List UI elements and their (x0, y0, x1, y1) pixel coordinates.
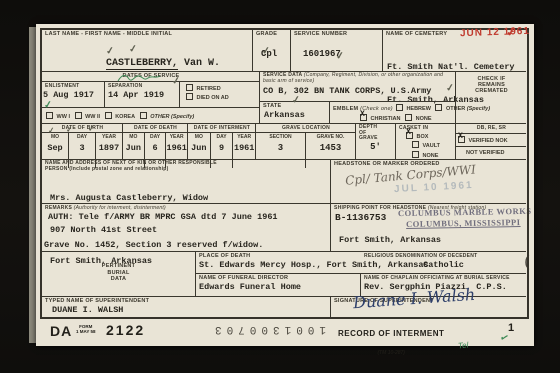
hebrew-label: HEBREW (406, 106, 430, 112)
check-mark: ✓ (171, 75, 181, 87)
shipping-number: B-1136753 (331, 212, 526, 223)
place-of-death-field: PLACE OF DEATH St. Edwards Mercy Hosp., … (196, 252, 361, 274)
grade-value: Cpl (253, 38, 290, 60)
died-on-ad-checkbox (186, 93, 193, 100)
typed-superintendent-value: DUANE I. WALSH (42, 305, 330, 316)
religion-value: Catholic (361, 260, 526, 271)
day-label: DAY (211, 133, 233, 140)
retired-label: RETIRED (197, 86, 221, 92)
name-label: LAST NAME - FIRST NAME - MIDDLE INITIAL (42, 30, 252, 38)
enlistment-label: ENLISTMENT (42, 82, 104, 90)
pertinent-burial-data-label-box: PERTINENT BURIAL DATA (42, 252, 196, 297)
mo-label: MO (123, 133, 144, 140)
first-name-value: Van W. (178, 58, 220, 69)
typed-superintendent-field: TYPED NAME OF SUPERINTENDENT DUANE I. WA… (42, 297, 331, 317)
year-label: YEAR (233, 133, 255, 140)
grave-no-value: 1453 (306, 143, 355, 154)
interment-day: 9 (211, 143, 233, 154)
shipping-point-field: SHIPPING POINT FOR HEADSTONE (Nearest fr… (331, 204, 526, 252)
cremated-label-3: CREMATED (459, 88, 524, 94)
retired-died-field: RETIRED DIED ON AD (180, 82, 259, 107)
headstone-ordered-field: HEADSTONE OR MARKER ORDERED Cpl/ Tank Co… (331, 160, 526, 204)
section-label: SECTION (256, 133, 305, 140)
other-war-label: OTHER (Specify) (150, 114, 194, 120)
handwritten-scribble (116, 72, 162, 84)
grave-no-label: GRAVE NO. (306, 133, 355, 140)
check-mark: ✓ (128, 43, 138, 55)
form-frame: LAST NAME - FIRST NAME - MIDDLE INITIAL … (40, 28, 529, 319)
scan-background: JUN 12 1961 ✓ ✓ ✓ ✓ ✓ ✓ ✓ ✓ ✓ ✓ ✓ ✓ JUL … (0, 0, 560, 373)
retired-checkbox (186, 84, 193, 91)
check-mark: ✓ (445, 82, 455, 94)
green-pen-note: Tel (458, 340, 469, 350)
verified-nok-x-mark: X (458, 133, 463, 141)
cemetery-line1: Ft. Smith Nat'l. Cemetery (387, 62, 526, 73)
check-mark: ✓ (47, 126, 55, 136)
date-of-interment-label: DATE OF INTERMENT (188, 124, 255, 133)
check-mark: ✓ (65, 125, 73, 135)
service-number-label: SERVICE NUMBER (291, 30, 382, 38)
casket-box-x-mark: X (406, 129, 411, 137)
record-of-interment-title: RECORD OF INTERMENT (338, 329, 444, 338)
birth-mo: Sep (42, 143, 68, 154)
place-of-death-label: PLACE OF DEATH (196, 252, 361, 260)
service-data-field: SERVICE DATA (Company, Regiment, Divisio… (260, 72, 456, 102)
shipping-detail: (Nearest freight station) (428, 205, 487, 211)
day-label: DAY (145, 133, 166, 140)
korea-checkbox (105, 112, 112, 119)
died-on-ad-label: DIED ON AD (197, 95, 229, 101)
remarks-line2: Grave No. 1452, Section 3 reserved f/wid… (42, 223, 330, 251)
religion-label: RELIGIOUS DENOMINATION OF DECEDENT (361, 252, 526, 260)
signature-superintendent-field: SIGNATURE OF SUPERINTENDENT Duane I. Wal… (331, 297, 526, 317)
death-day: 6 (145, 143, 166, 154)
interment-mo: Jun (188, 143, 210, 154)
religion-field: RELIGIOUS DENOMINATION OF DECEDENT Catho… (361, 252, 526, 274)
other-emblem-checkbox (435, 104, 442, 111)
grave-location-label: GRAVE LOCATION (256, 124, 355, 133)
state-value: Arkansas (260, 110, 329, 121)
cremated-field: CHECK IF REMAINS CREMATED (456, 72, 526, 124)
funeral-director-field: NAME OF FUNERAL DIRECTOR Edwards Funeral… (196, 274, 361, 297)
remarks-line1: AUTH: Tele f/ARMY BR MPRC GSA dtd 7 June… (42, 212, 330, 223)
ww1-checkbox (46, 112, 53, 119)
check-mark: ✓ (43, 99, 53, 111)
christian-label: CHRISTIAN (371, 116, 401, 122)
depth-of-grave-field: DEPTH OF GRAVE 5' (356, 124, 396, 160)
pertinent-label-3: DATA (72, 276, 165, 283)
page-edge (29, 27, 36, 343)
shipping-label: SHIPPING POINT FOR HEADSTONE (334, 205, 426, 211)
not-verified-label: NOT VERIFIED (466, 150, 505, 156)
ww1-label: WW I (57, 114, 70, 120)
date-of-interment-field: DATE OF INTERMENT MOJun DAY9 YEAR1961 (188, 124, 256, 160)
casket-vault-label: VAULT (423, 143, 441, 149)
none-emblem-label: NONE (416, 116, 432, 122)
check-mark: ✓ (291, 94, 301, 106)
check-mark: ✓ (87, 124, 95, 134)
date-of-death-label: DATE OF DEATH (123, 124, 187, 133)
casket-in-field: CASKET IN X BOX VAULT NONE (396, 124, 456, 160)
grade-label: GRADE (253, 30, 290, 38)
nok-line: Mrs. Augusta Castleberry, Widow (50, 193, 330, 204)
casket-box-label: BOX (417, 134, 429, 140)
service-data-value: CO B, 302 BN TANK CORPS, U.S.Army (260, 84, 455, 97)
grade-field: GRADE Cpl (253, 30, 291, 72)
depth-value: 5' (356, 142, 395, 153)
green-check-mark: ✓ (498, 332, 510, 345)
birth-year: 1897 (96, 143, 122, 154)
document-control-digits: 1001300703 (210, 323, 326, 335)
check-mark: ✓ (335, 50, 345, 62)
name-field: LAST NAME - FIRST NAME - MIDDLE INITIAL … (42, 30, 253, 72)
shipping-point-value: Fort Smith, Arkansas (331, 223, 526, 246)
interment-year: 1961 (233, 143, 255, 154)
emblem-field: EMBLEM (Check one) HEBREW OTHER (Specify… (330, 102, 456, 124)
remarks-label: REMARKS (45, 205, 72, 211)
casket-in-label: CASKET IN (396, 124, 455, 132)
year-label: YEAR (96, 133, 122, 140)
war-service-row: WW I WW II KOREA OTHER (Specify) (42, 108, 259, 121)
casket-none-checkbox (412, 151, 419, 158)
day-label: DAY (69, 133, 95, 140)
chaplain-label: NAME OF CHAPLAIN OFFICIATING AT BURIAL S… (361, 274, 526, 282)
check-mark: ✓ (105, 45, 115, 57)
korea-label: KOREA (115, 114, 135, 120)
casket-none-label: NONE (423, 153, 439, 159)
section-value: 3 (256, 143, 305, 154)
funeral-director-value: Edwards Funeral Home (196, 282, 360, 293)
funeral-director-label: NAME OF FUNERAL DIRECTOR (196, 274, 360, 282)
check-mark: ✓ (261, 45, 271, 57)
last-name-value: CASTLEBERRY, (106, 58, 178, 70)
ww2-checkbox (75, 112, 82, 119)
casket-vault-checkbox (412, 141, 419, 148)
birth-day: 3 (69, 143, 95, 154)
year-label: YEAR (166, 133, 187, 140)
death-year: 1961 (166, 143, 187, 154)
separation-field: SEPARATION 14 Apr 1919 (105, 82, 180, 107)
none-emblem-checkbox (405, 114, 412, 121)
death-mo: Jun (123, 143, 144, 154)
christian-x-mark: X (360, 111, 365, 119)
form-da-label: DA (50, 323, 72, 339)
form-date-label: 1 MAY 58 (76, 329, 96, 334)
interment-record-card: JUN 12 1961 ✓ ✓ ✓ ✓ ✓ ✓ ✓ ✓ ✓ ✓ ✓ ✓ JUL … (36, 24, 534, 346)
db-re-sr-label: DB, RE, SR (456, 124, 526, 134)
hebrew-checkbox (396, 104, 403, 111)
db-re-sr-field: DB, RE, SR X VERIFIED NOK NOT VERIFIED (456, 124, 526, 160)
form-footer: DA FORM 1 MAY 58 2122 1001300703 RECORD … (42, 321, 528, 343)
separation-value: 14 Apr 1919 (105, 90, 179, 101)
mo-label: MO (188, 133, 210, 140)
emblem-label: EMBLEM (333, 106, 358, 112)
verified-nok-label: VERIFIED NOK (469, 138, 508, 144)
emblem-detail: (Check one) (360, 106, 393, 112)
tm-reference: (TM 10-287) (377, 350, 405, 356)
form-number: 2122 (106, 322, 145, 338)
place-of-death-value: St. Edwards Mercy Hosp., Fort Smith, Ark… (196, 260, 361, 271)
other-war-checkbox (140, 112, 147, 119)
ww2-label: WW II (85, 114, 100, 120)
grave-location-field: GRAVE LOCATION SECTION3 GRAVE NO.1453 (256, 124, 356, 160)
date-of-death-field: DATE OF DEATH MOJun DAY6 YEAR1961 (123, 124, 188, 160)
remarks-field: REMARKS (Authority for interment, disint… (42, 204, 331, 252)
remarks-detail: (Authority for interment, disinterment) (74, 205, 166, 211)
page-number: 1 (508, 322, 514, 334)
typed-superintendent-label: TYPED NAME OF SUPERINTENDENT (42, 297, 330, 305)
next-of-kin-field: NAME AND ADDRESS OF NEXT OF KIN OR OTHER… (42, 160, 331, 204)
